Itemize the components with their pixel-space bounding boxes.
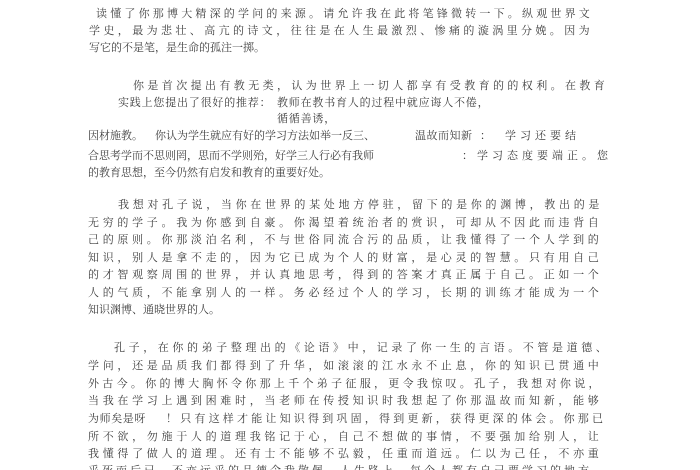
text-line-segment: 外古今。你的博大胸怀令你那上千个弟子征服，更令我惊叹。孔子，我想对你说， [88,378,603,391]
text-line-segment: 知识渊博、通晓世界的人。 [88,304,220,317]
document-page: 读懂了你那博大精深的学问的来源。请允许我在此将笔锋微转一下。纵观世界文学史，最为… [0,0,700,470]
text-line-segment: 学习还要结 [505,130,580,143]
text-line-segment: 你认为学生就应有好的学习方法如举一反三、 [155,130,375,143]
text-line-segment: 写它的不是笔，是生命的孤注一掷。 [89,42,265,55]
text-line-segment: 因材施教。 [88,130,143,143]
text-line-segment: 温故而知新 [415,130,473,143]
text-line-segment: 你是首次提出有教无类，认为世界上一切人都享有受教育的的权利。在教育 [133,80,608,93]
text-line-segment: 为师矣是呀 [88,413,146,426]
text-line-segment: 我懂得了做人的道理。还有士不能够不弘毅，任重而道远。仁以为己任，不亦重 [88,448,603,461]
text-line-segment: 己的原则。你那淡泊名利，不与世俗同流合污的品质，让我懂得了一个人学到的 [88,234,603,247]
text-line-segment: 孔子，在你的弟子整理出的《论语》中，记录了你一生的言语。不管是道德、 [114,342,610,355]
text-line-segment: 读懂了你那博大精深的学问的来源。请允许我在此将笔锋微转一下。纵观世界文 [96,8,593,21]
text-layer: 读懂了你那博大精深的学问的来源。请允许我在此将笔锋微转一下。纵观世界文学史，最为… [0,0,700,470]
text-line-segment: 学史，最为悲壮、高亢的诗文，往往是在人生最激烈、惨痛的漩涡里分娩。因为 [89,25,593,38]
text-line-segment: 实践上您提出了很好的推荐： [118,97,271,110]
text-line-segment: 合思考学而不思则罔，思而不学则殆，好学三人行必有我师 [88,150,374,163]
text-line-segment: 学问，还是品质我们都得到了升华，如滚滚的江水永不止息，你的知识已贯通中 [88,360,603,373]
text-line-segment: 乎死而后已，不亦远乎的品德令我敬佩。人生路上，每个人都有自己要学习的地方。 [88,465,606,470]
text-line-segment: 教师在教书育人的过程中就应诲人不倦， [277,97,489,110]
text-line-segment: 我想对孔子说，当你在世界的某处地方停驻，留下的是你的渊博，教出的是 [118,199,603,212]
text-line-segment: 的教育思想，至今仍然有启发和教育的重要好处。 [88,167,330,180]
text-line-segment: 无穷的学子。我为你感到自豪。你渴望着统治者的赏识，可却从不因此而违背自 [88,217,603,230]
text-line-segment: 的才智观察周围的世界，并认真地思考，得到的答案才真正属于自己。正如一个 [88,269,603,282]
text-line-segment: ：学习态度要端正。您 [462,150,612,163]
text-line-segment: ！只有这样才能让知识得到巩固，得到更新，获得更深的体会。你那已 [166,413,606,426]
text-line-segment: ： [480,130,491,143]
text-line-segment: 当我在学习上遇到困难时，当老师在传授知识时我想起了你那温故而知新，能够 [88,395,603,408]
text-line-segment: 循循善诱， [277,113,336,126]
text-line-segment: 知识，别人是拿不走的，因为它已成为个人的财富，是心灵的智慧。只有用自己 [88,252,603,265]
text-line-segment: 所不欲，勿施于人的道理我铭记于心，自己不想做的事情，不要强加给别人，让 [88,431,603,444]
text-line-segment: 人的气质，不能拿别人的一样。务必经过个人的学习，长期的训练才能成为一个 [88,287,603,300]
